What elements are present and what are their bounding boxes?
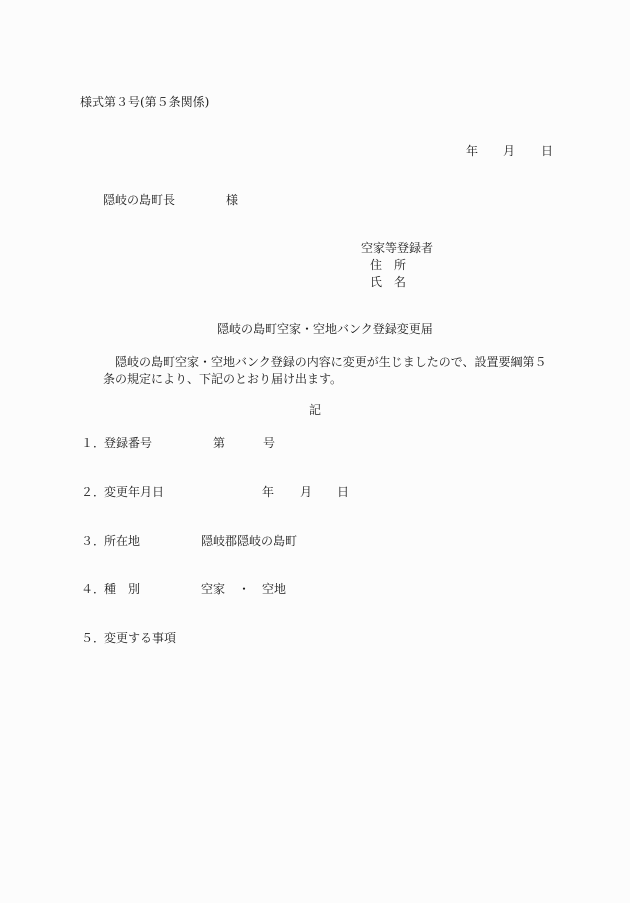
item-label: 変更する事項	[104, 630, 176, 647]
change-date-year-label: 年	[262, 484, 274, 501]
body-line-2: 条の規定により、下記のとおり届け出ます。	[103, 371, 342, 388]
item-label: 変更年月日	[104, 484, 164, 501]
ki-heading: 記	[309, 402, 321, 419]
item-number: ２．	[81, 484, 105, 501]
body-line-1: 隠岐の島町空家・空地バンク登録の内容に変更が生じましたので、設置要綱第５	[115, 354, 547, 371]
type-separator: ・	[238, 581, 250, 598]
location-value: 隠岐郡隠岐の島町	[201, 533, 297, 550]
date-month-label: 月	[503, 143, 515, 160]
addressee-honorific: 様	[226, 192, 238, 209]
change-date-month-label: 月	[300, 484, 312, 501]
registration-number-suffix: 号	[263, 435, 275, 452]
item-number: １．	[81, 435, 105, 452]
item-number: ５．	[81, 630, 105, 647]
item-label: 所在地	[104, 533, 140, 550]
type-option-vacant-land: 空地	[262, 581, 286, 598]
registrant-address-label: 住 所	[370, 257, 406, 274]
registrant-role: 空家等登録者	[361, 240, 433, 257]
registration-number-prefix: 第	[213, 435, 225, 452]
date-day-label: 日	[541, 143, 553, 160]
date-year-label: 年	[466, 143, 478, 160]
item-number: ３．	[81, 533, 105, 550]
item-label: 種 別	[104, 581, 140, 598]
type-option-vacant-house: 空家	[201, 581, 225, 598]
item-number: ４．	[81, 581, 105, 598]
item-label: 登録番号	[104, 435, 152, 452]
document-title: 隠岐の島町空家・空地バンク登録変更届	[217, 321, 433, 338]
addressee-name: 隠岐の島町長	[103, 192, 175, 209]
registrant-name-label: 氏 名	[370, 274, 406, 291]
change-date-day-label: 日	[337, 484, 349, 501]
form-number: 様式第３号(第５条関係)	[80, 94, 209, 111]
